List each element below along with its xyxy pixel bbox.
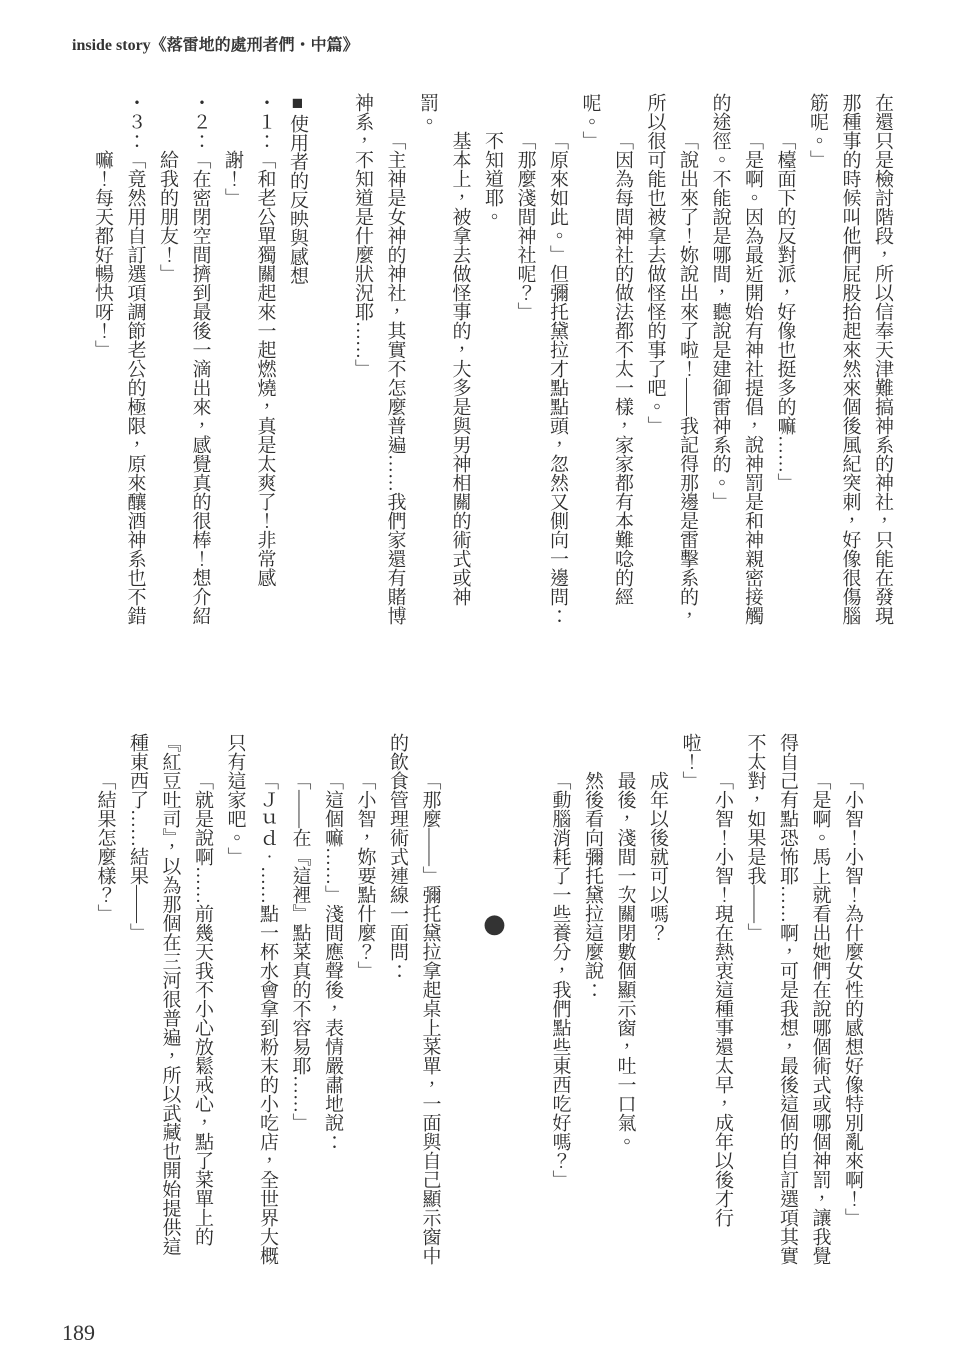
text-line: 罰。 [411,93,444,633]
paragraph: 「是啊。因為最近開始有神社提倡，說神罰是和神親密接觸 的途徑。不能說是哪間，聽說… [703,93,768,633]
paragraph: 「結果怎麼樣？」 [88,733,121,1273]
paragraph: 「是啊。馬上就看出她們在說哪個術式或哪個神罰，讓我覺 得自己有點恐怖耶……啊，可… [738,733,836,1273]
paragraph: 「那麼淺間神社呢？」 [508,93,541,633]
text-line: 成年以後就可以嗎？ [641,733,674,1273]
text-line: 嘛！每天都好暢快呀！」 [86,93,119,633]
text-line: 「就是說啊……前幾天我不小心放鬆戒心，點了菜單上的 [186,733,219,1273]
paragraph: 「這個嘛……」淺間應聲後，表情嚴肅地說： [316,733,349,1273]
paragraph: 「主神是女神的神社，其實不怎麼普遍……我們家還有賭博 神系，不知道是什麼狀況耶…… [346,93,411,633]
text-line: 「小智，妳要點什麼？」 [348,733,381,1273]
text-line: 不太對，如果是我——」 [738,733,771,1273]
text-line: 「——在『這裡』點菜真的不容易耶……」 [283,733,316,1273]
text-line: 「那麼——」彌托黛拉拿起桌上菜單，一面與自己顯示窗中 [413,733,446,1273]
paragraph: 最後，淺間一次關閉數個顯示窗，吐一口氣。 [608,733,641,1273]
feedback-item: ・２：「在密閉空間擠到最後一滴出來，感覺真的很棒！想介紹 給我的朋友！」 [151,93,216,633]
text-line: 的途徑。不能說是哪間，聽說是建御雷神系的。」 [703,93,736,633]
feedback-item: ・１：「和老公單獨關起來一起燃燒，真是太爽了！非常感 謝！」 [216,93,281,633]
paragraph: 成年以後就可以嗎？ [641,733,674,1273]
top-text-tier: 在還只是檢討階段，所以信奉天津難搞神系的神社，只能在發現 那種事的時候叫他們屁股… [86,93,899,633]
text-line: 「小智！小智！為什麼女性的感想好像特別亂來啊！」 [836,733,869,1273]
feedback-heading: ■使用者的反映與感想 [281,93,314,633]
text-line: 「是啊。馬上就看出她們在說哪個術式或哪個神罰，讓我覺 [803,733,836,1273]
feedback-item: ・３：「竟然用自訂選項調節老公的極限，原來釀酒神系也不錯 嘛！每天都好暢快呀！」 [86,93,151,633]
text-line: 「是啊。因為最近開始有神社提倡，說神罰是和神親密接觸 [736,93,769,633]
blank-line-spacer [313,93,346,633]
text-line: ・３：「竟然用自訂選項調節老公的極限，原來釀酒神系也不錯 [118,93,151,633]
bottom-text-tier: 「小智！小智！為什麼女性的感想好像特別亂來啊！」 「是啊。馬上就看出她們在說哪個… [88,733,868,1273]
paragraph: 「Ｊｕｄ．……點一杯水會拿到粉末的小吃店，全世界大概 只有這家吧。」 [218,733,283,1273]
paragraph: 「因為每間神社的做法都不太一樣，家家都有本難唸的經 呢。」 [573,93,638,633]
text-line: 然後看向彌托黛拉這麼說： [576,733,609,1273]
text-line: 在還只是檢討階段，所以信奉天津難搞神系的神社，只能在發現 [866,93,899,633]
paragraph: 「檯面下的反對派，好像也挺多的嘛……」 [768,93,801,633]
text-line: 給我的朋友！」 [151,93,184,633]
text-line: 「那麼淺間神社呢？」 [508,93,541,633]
paragraph: 「原來如此。」但彌托黛拉才點點頭，忽然又側向一邊問： [541,93,574,633]
text-line: 『紅豆吐司』，以為那個在三河很普遍，所以武藏也開始提供這 [153,733,186,1273]
text-line: 筋呢。」 [801,93,834,633]
text-line: 最後，淺間一次關閉數個顯示窗，吐一口氣。 [608,733,641,1273]
text-line: 得自己有點恐怖耶……啊，可是我想，最後這個的自訂選項其實 [771,733,804,1273]
paragraph: 在還只是檢討階段，所以信奉天津難搞神系的神社，只能在發現 那種事的時候叫他們屁股… [801,93,899,633]
text-line: 「結果怎麼樣？」 [88,733,121,1273]
paragraph: 「——在『這裡』點菜真的不容易耶……」 [283,733,316,1273]
text-line: 所以很可能也被拿去做怪怪的事了吧。」 [638,93,671,633]
text-line: 只有這家吧。」 [218,733,251,1273]
text-line: 神系，不知道是什麼狀況耶……」 [346,93,379,633]
paragraph: 「小智！小智！為什麼女性的感想好像特別亂來啊！」 [836,733,869,1273]
text-line: 不知道耶。 [476,93,509,633]
section-break-bullet-icon: ● [478,733,511,1273]
paragraph: 「小智，妳要點什麼？」 [348,733,381,1273]
chapter-title: 《落雷地的處刑者們・中篇》 [151,37,359,54]
text-line: 「原來如此。」但彌托黛拉才點點頭，忽然又側向一邊問： [541,93,574,633]
text-line: 「說出來了！妳說出來了啦！——我記得那邊是雷擊系的， [671,93,704,633]
book-page: inside story《落雷地的處刑者們・中篇》 在還只是檢討階段，所以信奉天… [0,0,960,1362]
page-number: 189 [62,1321,95,1345]
text-line: 「小智！小智！現在熱衷這種事還太早，成年以後才行 [706,733,739,1273]
text-line: 謝！」 [216,93,249,633]
text-line: ・１：「和老公單獨關起來一起燃燒，真是太爽了！非常感 [248,93,281,633]
text-line: 啦！」 [673,733,706,1273]
text-line: 「這個嘛……」淺間應聲後，表情嚴肅地說： [316,733,349,1273]
text-line: 「主神是女神的神社，其實不怎麼普遍……我們家還有賭博 [378,93,411,633]
paragraph: 「就是說啊……前幾天我不小心放鬆戒心，點了菜單上的 『紅豆吐司』，以為那個在三河… [121,733,219,1273]
paragraph: 不知道耶。 [476,93,509,633]
paragraph: 然後看向彌托黛拉這麼說： [576,733,609,1273]
text-line: 呢。」 [573,93,606,633]
text-line: ・２：「在密閉空間擠到最後一滴出來，感覺真的很棒！想介紹 [183,93,216,633]
text-line: 的飲食管理術式連線一面問： [381,733,414,1273]
paragraph: 基本上，被拿去做怪事的，大多是與男神相關的術式或神 罰。 [411,93,476,633]
text-line: 那種事的時候叫他們屁股抬起來然來個後風紀突刺，好像很傷腦 [833,93,866,633]
text-line: 種東西了……結果——」 [121,733,154,1273]
paragraph: 「說出來了！妳說出來了啦！——我記得那邊是雷擊系的， 所以很可能也被拿去做怪怪的… [638,93,703,633]
running-header: inside story《落雷地的處刑者們・中篇》 [72,36,359,56]
paragraph: 「動腦消耗了一些養分，我們點些東西吃好嗎？」 [543,733,576,1273]
series-label: inside story [72,37,151,54]
text-line: 「檯面下的反對派，好像也挺多的嘛……」 [768,93,801,633]
text-line: 「因為每間神社的做法都不太一樣，家家都有本難唸的經 [606,93,639,633]
text-line: 「Ｊｕｄ．……點一杯水會拿到粉末的小吃店，全世界大概 [251,733,284,1273]
blank-line-spacer [511,733,544,1273]
paragraph: 「那麼——」彌托黛拉拿起桌上菜單，一面與自己顯示窗中 的飲食管理術式連線一面問： [381,733,446,1273]
paragraph: 「小智！小智！現在熱衷這種事還太早，成年以後才行 啦！」 [673,733,738,1273]
text-line: 基本上，被拿去做怪事的，大多是與男神相關的術式或神 [443,93,476,633]
text-line: 「動腦消耗了一些養分，我們點些東西吃好嗎？」 [543,733,576,1273]
blank-line-spacer [446,733,479,1273]
